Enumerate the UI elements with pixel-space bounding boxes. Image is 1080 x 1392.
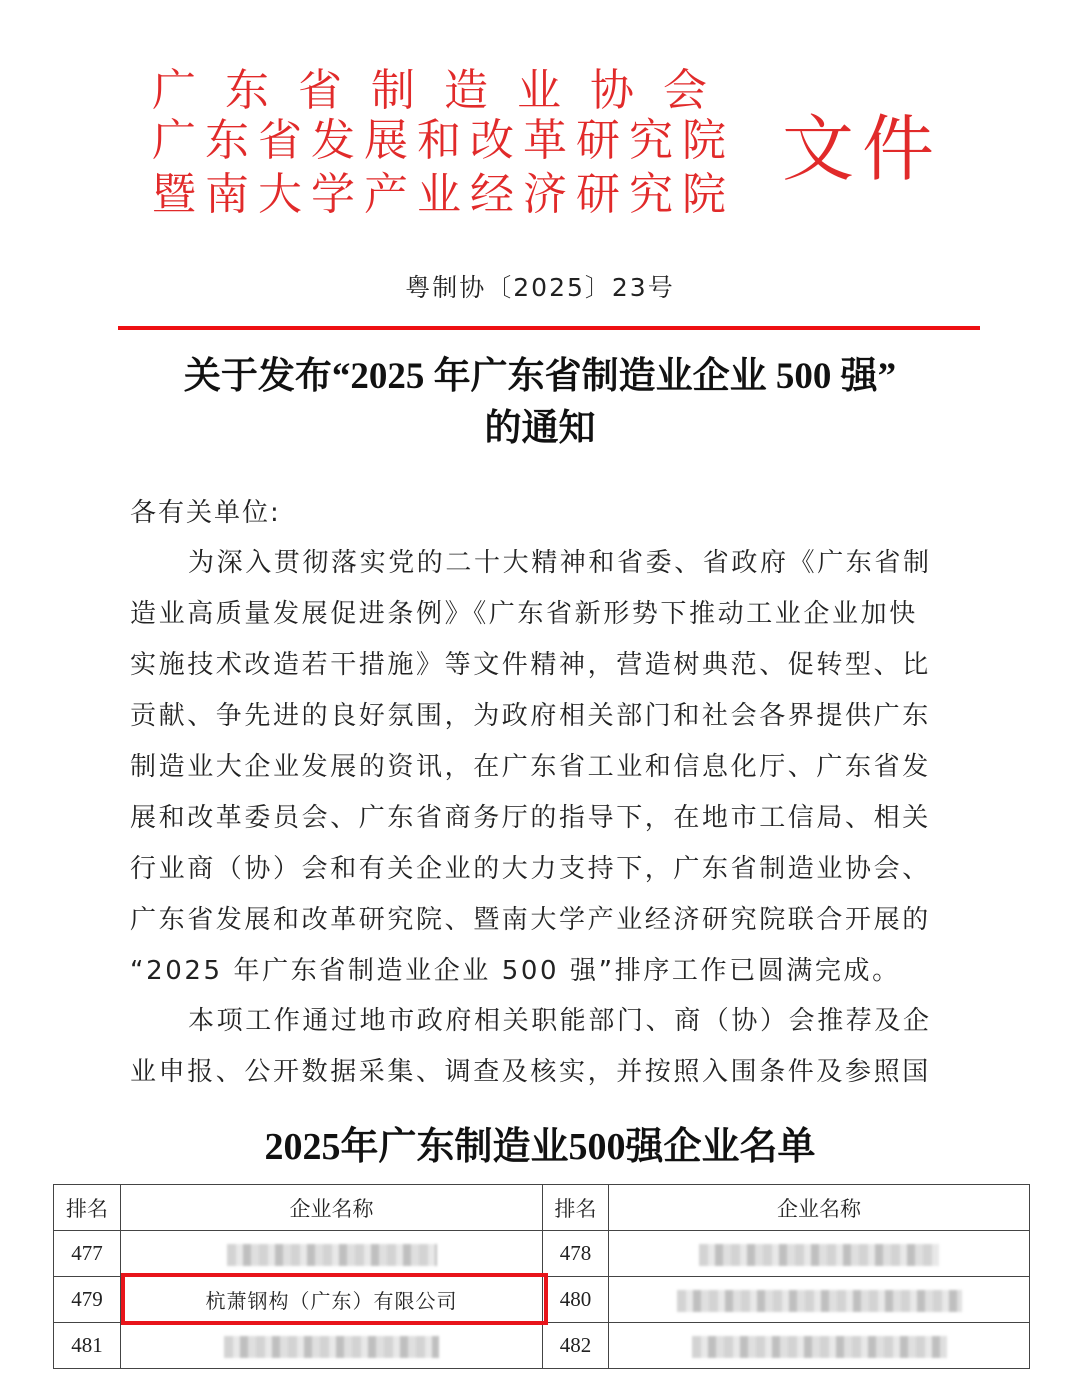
body-line: 行业商（协）会和有关企业的大力支持下，广东省制造业协会、 xyxy=(130,844,952,895)
rank-cell: 478 xyxy=(543,1231,609,1277)
header-rank-right: 排名 xyxy=(543,1185,609,1231)
body-line: 制造业大企业发展的资讯，在广东省工业和信息化厅、广东省发 xyxy=(130,742,952,793)
body-line: 业申报、公开数据采集、调查及核实，并按照入围条件及参照国 xyxy=(130,1047,952,1098)
document-number: 粤制协〔2025〕23号 xyxy=(0,268,1080,304)
company-cell-redacted xyxy=(609,1231,1030,1277)
issuer-guangdong-development-reform-institute: 广东省发展和改革研究院 xyxy=(152,116,735,166)
company-cell-redacted xyxy=(609,1323,1030,1369)
redacted-company-name xyxy=(224,1336,439,1358)
notice-title-line2: 的通知 xyxy=(0,404,1080,454)
header-company-right: 企业名称 xyxy=(609,1185,1030,1231)
body-line: 展和改革委员会、广东省商务厅的指导下，在地市工信局、相关 xyxy=(130,793,952,844)
rank-cell: 480 xyxy=(543,1277,609,1323)
body-line: 实施技术改造若干措施》等文件精神，营造树典范、促转型、比 xyxy=(130,640,952,691)
company-cell-highlighted: 杭萧钢构（广东）有限公司 xyxy=(121,1277,543,1323)
body-line: “2025 年广东省制造业企业 500 强”排序工作已圆满完成。 xyxy=(130,946,952,997)
redacted-company-name xyxy=(692,1336,947,1358)
company-cell-redacted xyxy=(121,1323,543,1369)
table-row: 479 杭萧钢构（广东）有限公司 480 xyxy=(54,1277,1030,1323)
rank-cell: 482 xyxy=(543,1323,609,1369)
header-rank-left: 排名 xyxy=(54,1185,121,1231)
rank-cell: 477 xyxy=(54,1231,121,1277)
table-row: 477 478 xyxy=(54,1231,1030,1277)
body-paragraph-1: 为深入贯彻落实党的二十大精神和省委、省政府《广东省制 造业高质量发展促进条例》《… xyxy=(130,538,952,997)
company-name: 杭萧钢构（广东）有限公司 xyxy=(206,1289,458,1313)
document-label: 文件 xyxy=(782,110,942,190)
issuer-jinan-university-industrial-economics-institute: 暨南大学产业经济研究院 xyxy=(152,170,735,220)
red-divider xyxy=(118,326,980,330)
company-cell-redacted xyxy=(121,1231,543,1277)
masthead: 广东省制造业协会 广东省发展和改革研究院 暨南大学产业经济研究院 文件 xyxy=(152,66,942,231)
ranking-table: 排名 企业名称 排名 企业名称 477 478 479 杭萧钢构（广东）有限公司… xyxy=(53,1184,1030,1369)
table-header-row: 排名 企业名称 排名 企业名称 xyxy=(54,1185,1030,1231)
body-line: 本项工作通过地市政府相关职能部门、商（协）会推荐及企 xyxy=(130,996,952,1047)
rank-cell: 481 xyxy=(54,1323,121,1369)
table-row: 481 482 xyxy=(54,1323,1030,1369)
body-line: 贡献、争先进的良好氛围，为政府相关部门和社会各界提供广东 xyxy=(130,691,952,742)
rank-cell: 479 xyxy=(54,1277,121,1323)
body-line: 广东省发展和改革研究院、暨南大学产业经济研究院联合开展的 xyxy=(130,895,952,946)
body-line: 造业高质量发展促进条例》《广东省新形势下推动工业企业加快 xyxy=(130,589,952,640)
company-cell-redacted xyxy=(609,1277,1030,1323)
notice-title-line1: 关于发布“2025 年广东省制造业企业 500 强” xyxy=(0,352,1080,402)
redacted-company-name xyxy=(677,1290,962,1312)
body-line: 为深入贯彻落实党的二十大精神和省委、省政府《广东省制 xyxy=(130,538,952,589)
header-company-left: 企业名称 xyxy=(121,1185,543,1231)
ranking-table-title: 2025年广东制造业500强企业名单 xyxy=(0,1122,1080,1172)
salutation: 各有关单位: xyxy=(130,493,281,533)
redacted-company-name xyxy=(699,1244,939,1266)
issuer-guangdong-manufacturing-association: 广东省制造业协会 xyxy=(152,66,736,116)
body-paragraph-2: 本项工作通过地市政府相关职能部门、商（协）会推荐及企 业申报、公开数据采集、调查… xyxy=(130,996,952,1098)
redacted-company-name xyxy=(227,1244,437,1266)
